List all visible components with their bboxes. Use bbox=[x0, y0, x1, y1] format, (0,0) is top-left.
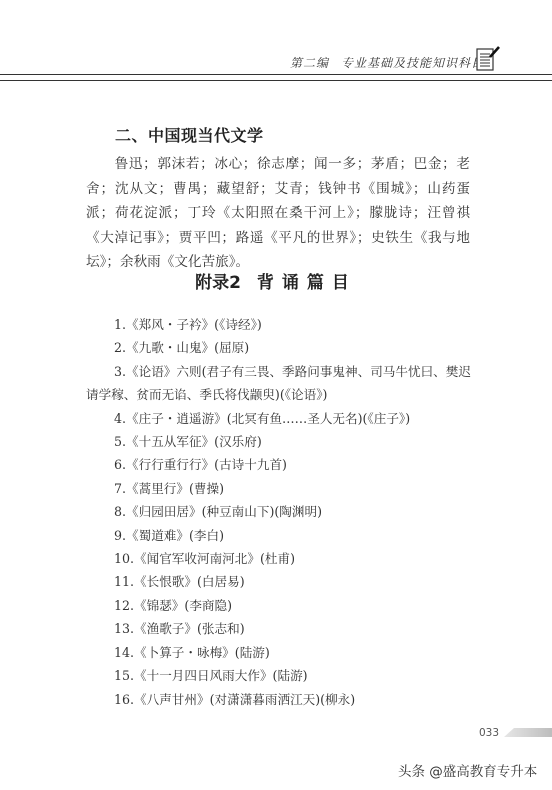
watermark: 头条 @盛高教育专升本 bbox=[398, 760, 537, 780]
section-title: 二、中国现当代文学 bbox=[115, 123, 264, 146]
list-item: 13.《渔歌子》(张志和) bbox=[86, 617, 486, 640]
list-item: 4.《庄子・逍遥游》(北冥有鱼……圣人无名)(《庄子》) bbox=[86, 407, 486, 430]
list-item: 5.《十五从军征》(汉乐府) bbox=[86, 430, 486, 453]
list-item: 10.《闻官军收河南河北》(杜甫) bbox=[86, 547, 486, 570]
list-item: 6.《行行重行行》(古诗十九首) bbox=[86, 453, 486, 476]
page-number-bar bbox=[504, 728, 552, 737]
list-item: 9.《蜀道难》(李白) bbox=[86, 524, 486, 547]
paragraph-text: 鲁迅；郭沫若；冰心；徐志摩；闻一多；茅盾；巴金；老舍；沈从文；曹禺；藏望舒；艾青… bbox=[86, 156, 470, 270]
notepad-pencil-icon bbox=[475, 46, 501, 72]
list-item: 14.《卜算子・咏梅》(陆游) bbox=[86, 641, 486, 664]
appendix-name: 背诵篇目 bbox=[257, 273, 357, 293]
page-number: 033 bbox=[479, 727, 499, 739]
list-item: 11.《长恨歌》(白居易) bbox=[86, 570, 486, 593]
section-paragraph: 鲁迅；郭沫若；冰心；徐志摩；闻一多；茅盾；巴金；老舍；沈从文；曹禺；藏望舒；艾青… bbox=[86, 152, 470, 275]
header-part: 第二编 bbox=[290, 56, 329, 70]
header-rule-bottom bbox=[0, 80, 552, 81]
list-item: 1.《郑风・子衿》(《诗经》) bbox=[86, 313, 486, 336]
running-header: 第二编专业基础及技能知识科目 bbox=[290, 54, 484, 71]
appendix-number: 附录2 bbox=[195, 273, 241, 293]
list-item: 2.《九歌・山鬼》(屈原) bbox=[86, 336, 486, 359]
recitation-list: 1.《郑风・子衿》(《诗经》) 2.《九歌・山鬼》(屈原) 3.《论语》六则(君… bbox=[86, 313, 486, 711]
list-item: 3.《论语》六则(君子有三畏、季路问事鬼神、司马牛忧曰、樊迟请学稼、贫而无谄、季… bbox=[86, 360, 474, 407]
list-item: 16.《八声甘州》(对潇潇暮雨洒江天)(柳永) bbox=[86, 688, 486, 711]
appendix-title: 附录2背诵篇目 bbox=[0, 268, 552, 293]
list-item: 15.《十一月四日风雨大作》(陆游) bbox=[86, 664, 486, 687]
list-item: 7.《蒿里行》(曹操) bbox=[86, 477, 486, 500]
list-item: 12.《锦瑟》(李商隐) bbox=[86, 594, 486, 617]
header-title: 专业基础及技能知识科目 bbox=[341, 56, 484, 70]
list-item: 8.《归园田居》(种豆南山下)(陶渊明) bbox=[86, 500, 486, 523]
header-rule-top bbox=[0, 74, 552, 75]
